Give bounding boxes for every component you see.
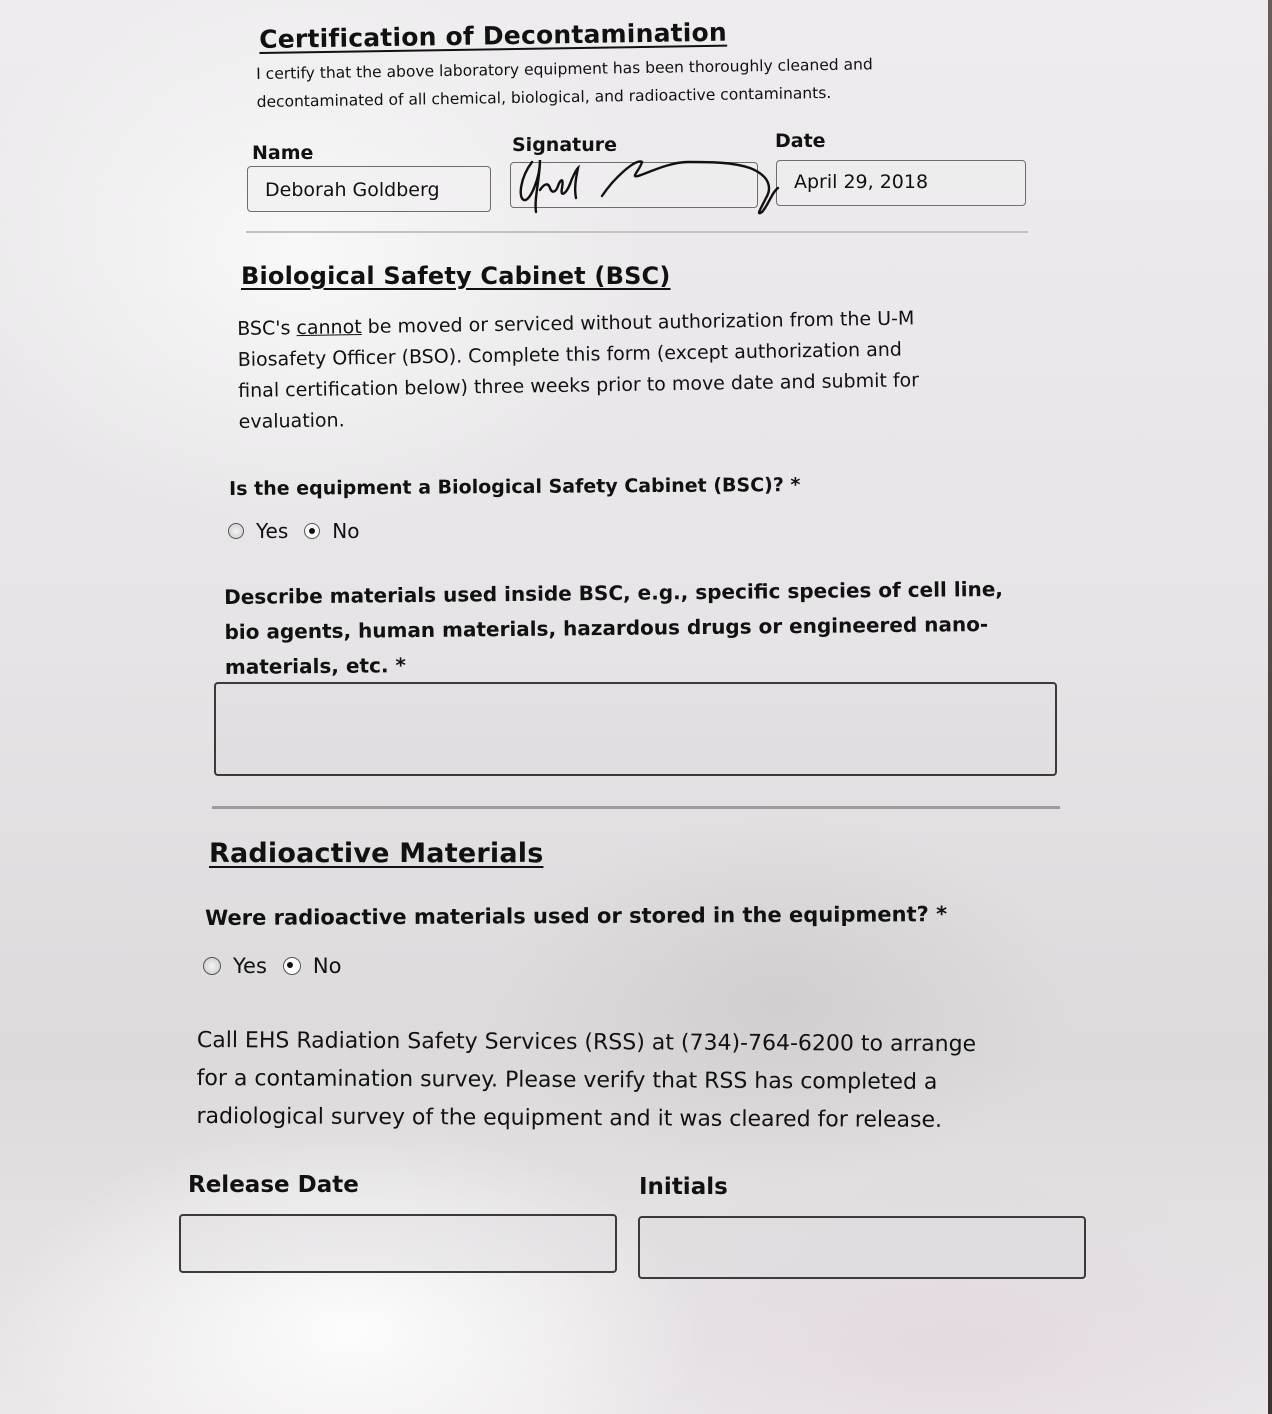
bsc-no-radio[interactable]: [304, 523, 320, 539]
bsc-yes-radio[interactable]: [228, 523, 244, 539]
certification-statement: I certify that the above laboratory equi…: [256, 50, 873, 116]
radioactive-no-radio[interactable]: [283, 957, 301, 975]
bsc-intro: BSC's cannot be moved or serviced withou…: [237, 303, 920, 438]
section-divider: [212, 806, 1060, 809]
handwritten-signature: [510, 148, 800, 218]
bsc-intro-text: BSC's: [237, 317, 297, 340]
radioactive-info-line: Call EHS Radiation Safety Services (RSS)…: [197, 1022, 976, 1064]
bsc-yes-label[interactable]: Yes: [256, 519, 288, 543]
name-label: Name: [252, 142, 313, 164]
paper-edge-shadow: [1268, 0, 1272, 1414]
bsc-no-label[interactable]: No: [332, 519, 359, 543]
name-field[interactable]: Deborah Goldberg: [247, 166, 491, 212]
release-date-label: Release Date: [188, 1172, 359, 1198]
section-divider: [246, 231, 1028, 233]
radioactive-yes-label[interactable]: Yes: [233, 954, 267, 978]
radioactive-info-line: radiological survey of the equipment and…: [196, 1098, 975, 1140]
date-field-value: April 29, 2018: [794, 171, 928, 193]
bsc-title: Biological Safety Cabinet (BSC): [241, 262, 671, 290]
initials-field[interactable]: [638, 1216, 1086, 1279]
radioactive-no-label[interactable]: No: [313, 954, 342, 978]
bsc-materials-label: Describe materials used inside BSC, e.g.…: [224, 572, 1004, 685]
initials-label: Initials: [639, 1174, 728, 1200]
radioactive-title: Radioactive Materials: [209, 838, 543, 869]
radioactive-info-line: for a contamination survey. Please verif…: [197, 1060, 976, 1102]
bsc-materials-textarea[interactable]: [214, 682, 1057, 776]
bsc-radio-group: Yes No: [228, 519, 376, 543]
bsc-intro-text: be moved or serviced without authorizati…: [362, 307, 915, 338]
date-field[interactable]: April 29, 2018: [776, 160, 1026, 206]
bsc-intro-emphasis: cannot: [296, 316, 362, 339]
name-field-value: Deborah Goldberg: [265, 179, 440, 201]
radioactive-info: Call EHS Radiation Safety Services (RSS)…: [196, 1022, 976, 1140]
radioactive-question: Were radioactive materials used or store…: [205, 902, 947, 930]
release-date-field[interactable]: [179, 1214, 617, 1273]
bsc-question: Is the equipment a Biological Safety Cab…: [229, 474, 800, 500]
radioactive-radio-group: Yes No: [203, 954, 357, 978]
radioactive-yes-radio[interactable]: [203, 957, 221, 975]
